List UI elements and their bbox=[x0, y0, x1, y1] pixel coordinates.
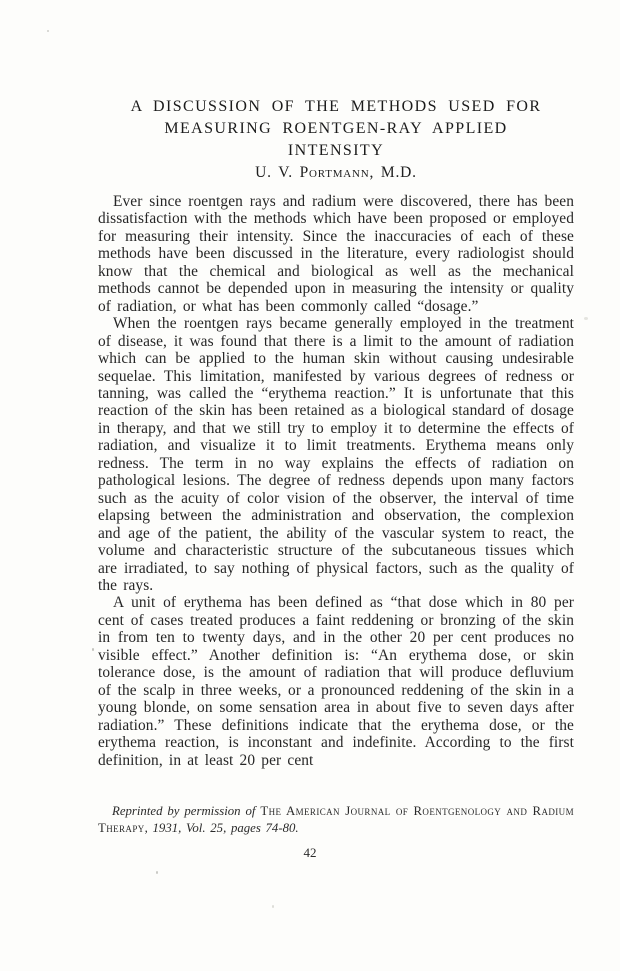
scan-speck bbox=[272, 905, 274, 908]
footnote-citation-detail: , 1931, Vol. 25, pages 74-80. bbox=[145, 821, 299, 835]
title-line-2: MEASURING ROENTGEN-RAY APPLIED bbox=[98, 118, 574, 140]
body-paragraph-2: When the roentgen rays became generally … bbox=[98, 315, 574, 594]
scan-speck bbox=[156, 871, 158, 874]
page-number: 42 bbox=[0, 845, 620, 861]
article-body: Ever since roentgen rays and radium were… bbox=[98, 193, 574, 769]
scan-speck bbox=[584, 317, 588, 320]
footnote-lead-text: Reprinted by permission of bbox=[112, 804, 260, 818]
title-line-1: A DISCUSSION OF THE METHODS USED FOR bbox=[98, 96, 574, 118]
scan-speck bbox=[47, 30, 49, 32]
reprint-footnote: Reprinted by permission of The American … bbox=[98, 803, 574, 837]
body-paragraph-1: Ever since roentgen rays and radium were… bbox=[98, 193, 574, 315]
author-byline: U. V. Portmann, M.D. bbox=[98, 163, 574, 183]
scan-speck bbox=[92, 648, 94, 651]
article-title: A DISCUSSION OF THE METHODS USED FOR MEA… bbox=[98, 96, 574, 162]
scanned-page: A DISCUSSION OF THE METHODS USED FOR MEA… bbox=[0, 0, 620, 971]
title-line-3: INTENSITY bbox=[98, 140, 574, 162]
body-paragraph-3: A unit of erythema has been defined as “… bbox=[98, 594, 574, 769]
